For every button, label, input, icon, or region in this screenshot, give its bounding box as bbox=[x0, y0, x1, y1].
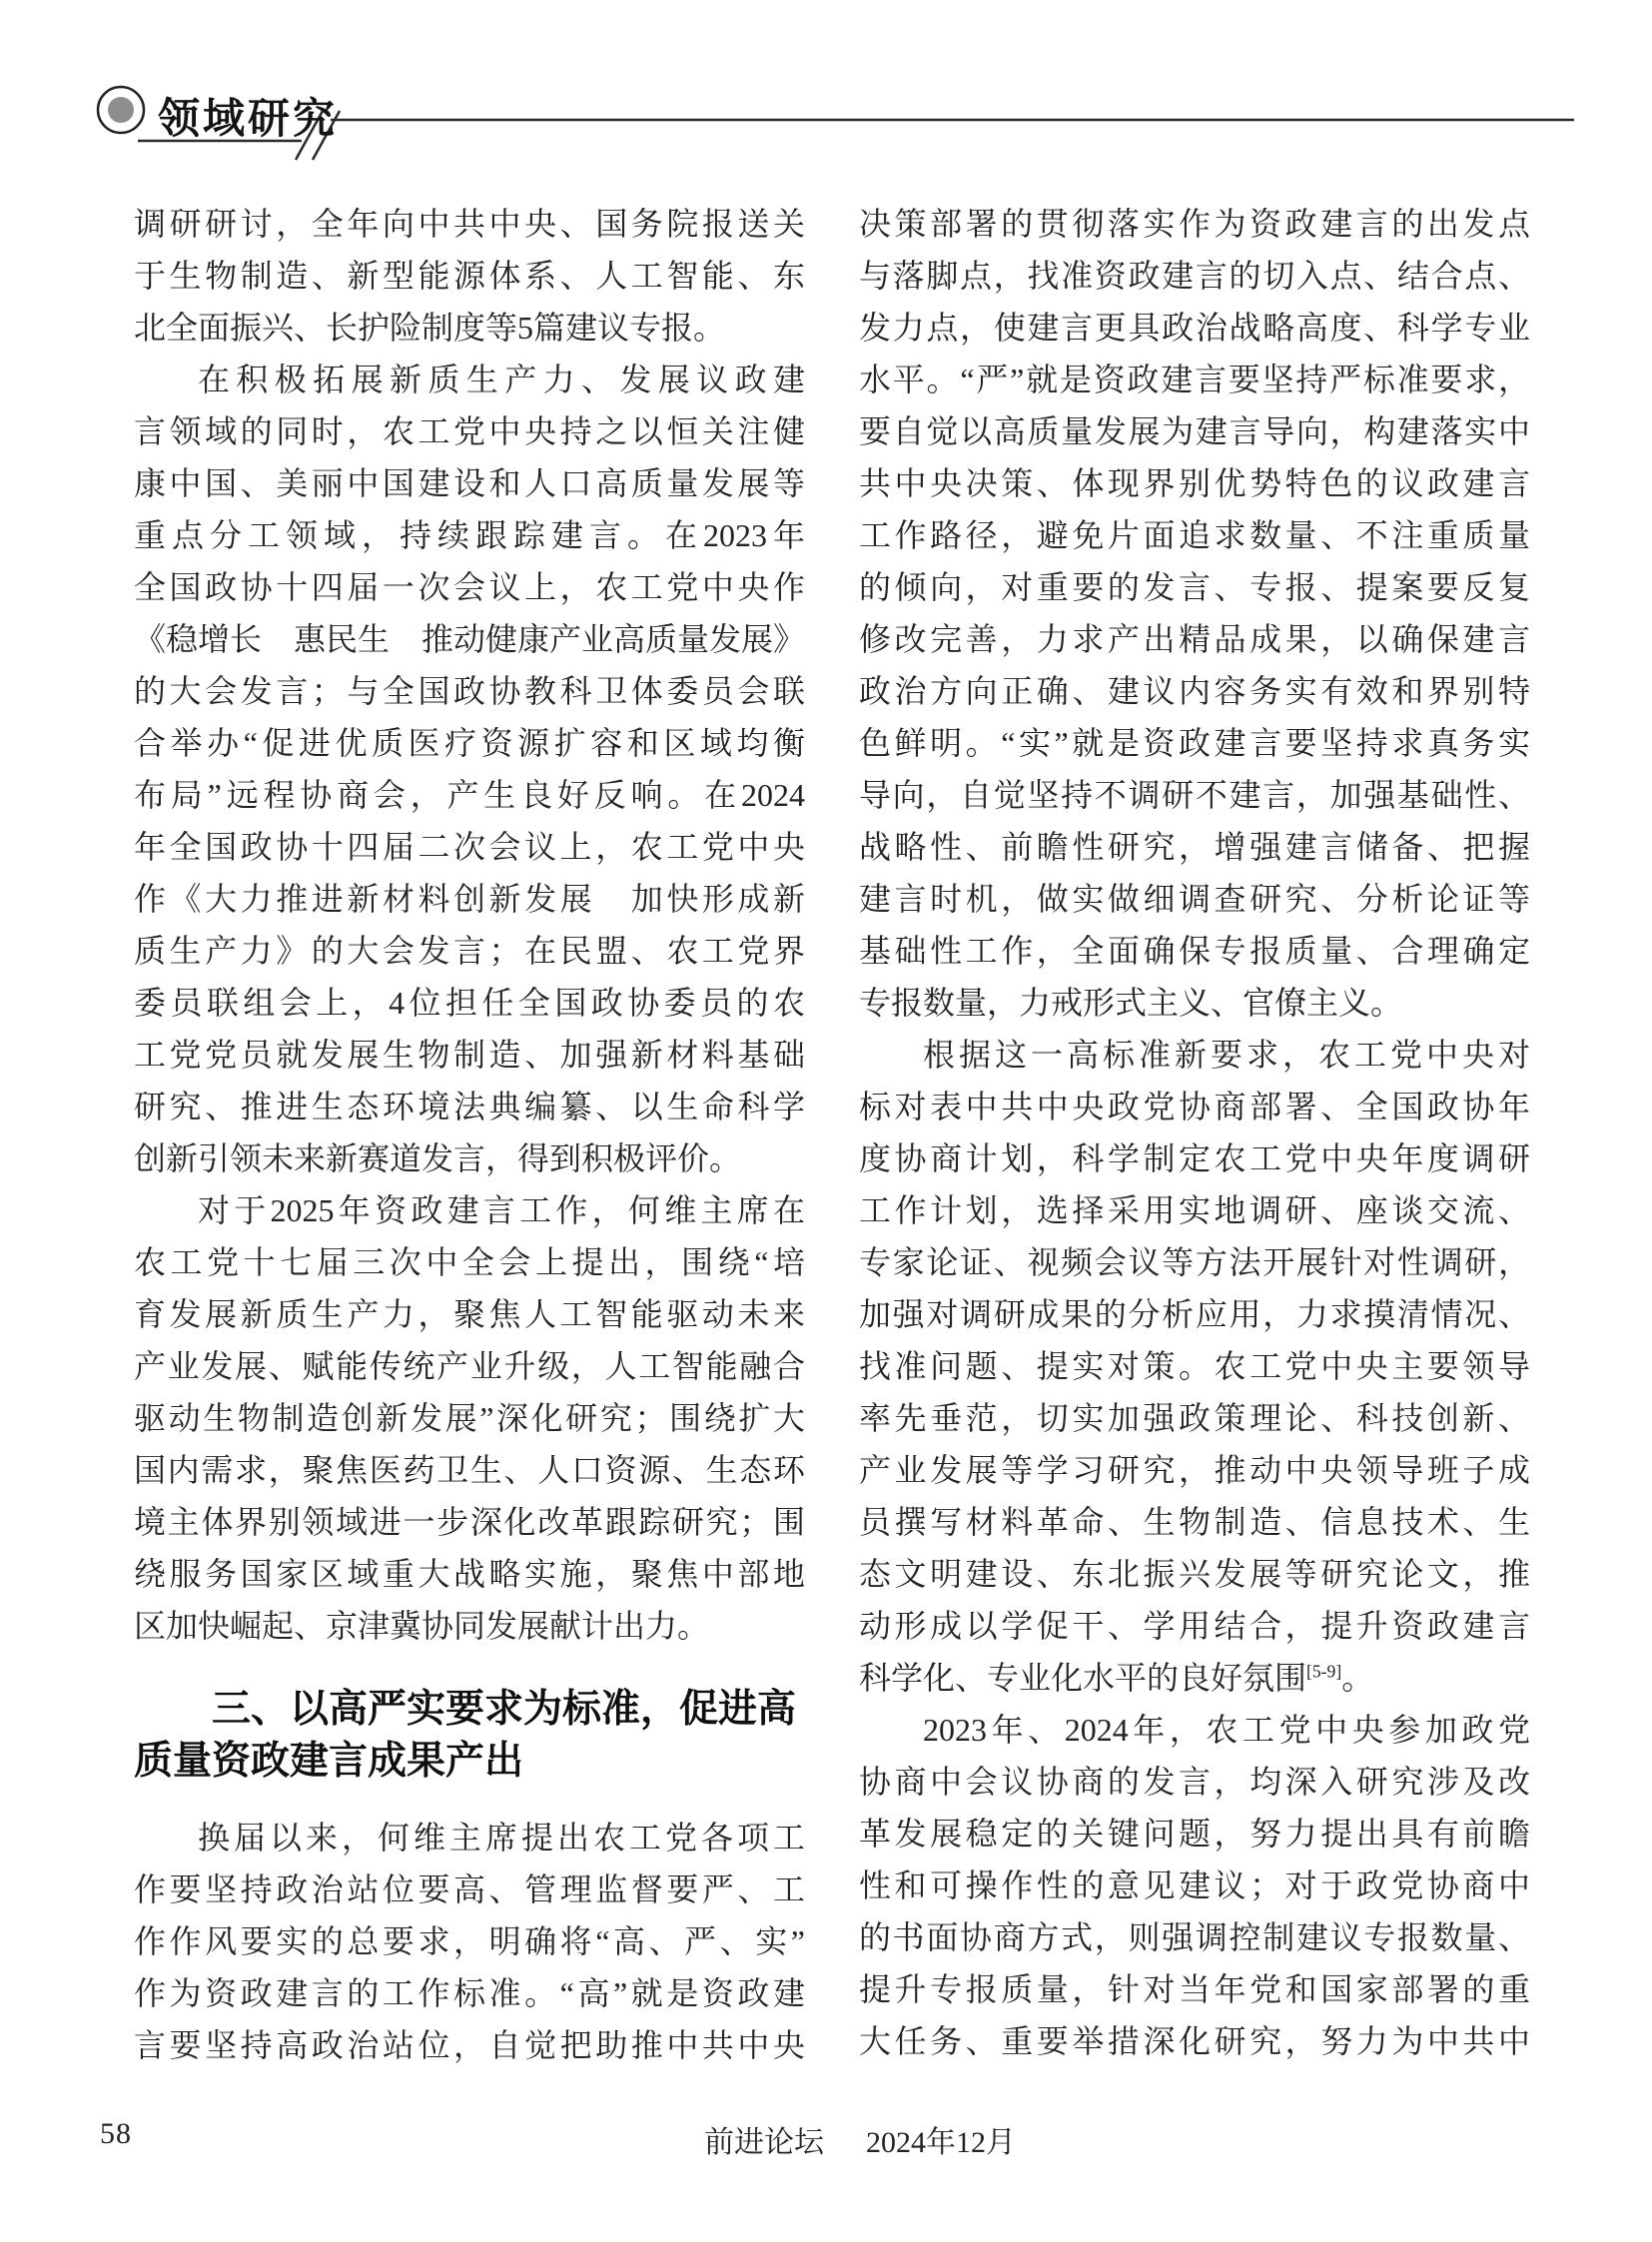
text-line: 年全国政协十四届二次会议上，农工党中央 bbox=[134, 821, 805, 873]
text-line: 根据这一高标准新要求，农工党中央对 bbox=[859, 1029, 1530, 1081]
text-line: 战略性、前瞻性研究，增强建言储备、把握 bbox=[859, 821, 1530, 873]
text-line: 言领域的同时，农工党中央持之以恒关注健 bbox=[134, 405, 805, 457]
text-line: 工作路径，避免片面追求数量、不注重质量 bbox=[859, 509, 1530, 561]
right-column-text: 决策部署的贯彻落实作为资政建言的出发点与落脚点，找准资政建言的切入点、结合点、发… bbox=[859, 198, 1530, 2067]
text-line: 协商中会议协商的发言，均深入研究涉及改 bbox=[859, 1756, 1530, 1808]
text-line: 动形成以学促干、学用结合，提升资政建言 bbox=[859, 1600, 1530, 1652]
text-line: 合举办“促进优质医疗资源扩容和区域均衡 bbox=[134, 717, 805, 769]
section-bullet-icon bbox=[95, 84, 147, 136]
left-column-bottom: 换届以来，何维主席提出农工党各项工作要坚持政治站位要高、管理监督要严、工作作风要… bbox=[134, 1812, 805, 2071]
text-line: 言要坚持高政治站位，自觉把助推中共中央 bbox=[134, 2019, 805, 2071]
text-line: 工党党员就发展生物制造、加强新材料基础 bbox=[134, 1029, 805, 1081]
text-line: 政治方向正确、建议内容务实有效和界别特 bbox=[859, 665, 1530, 717]
text-line: 与落脚点，找准资政建言的切入点、结合点、 bbox=[859, 250, 1530, 302]
text-line: 态文明建设、东北振兴发展等研究论文，推 bbox=[859, 1548, 1530, 1600]
text-line: 育发展新质生产力，聚焦人工智能驱动未来 bbox=[134, 1288, 805, 1340]
text-line: 国内需求，聚焦医药卫生、人口资源、生态环 bbox=[134, 1444, 805, 1496]
journal-name: 前进论坛 bbox=[704, 2126, 824, 2159]
text-line: 北全面振兴、长护险制度等5篇建议专报。 bbox=[134, 302, 805, 354]
text-line: 共中央决策、体现界别优势特色的议政建言 bbox=[859, 457, 1530, 509]
text-line: 驱动生物制造创新发展”深化研究；围绕扩大 bbox=[134, 1392, 805, 1444]
text-line: 基础性工作，全面确保专报质量、合理确定 bbox=[859, 925, 1530, 977]
paragraph: 根据这一高标准新要求，农工党中央对标对表中共中央政党协商部署、全国政协年度协商计… bbox=[859, 1029, 1530, 1704]
citation-superscript: [5-9] bbox=[1306, 1661, 1341, 1681]
text-line: 发力点，使建言更具政治战略高度、科学专业 bbox=[859, 302, 1530, 354]
text-line: 作要坚持政治站位要高、管理监督要严、工 bbox=[134, 1864, 805, 1915]
text-line: 色鲜明。“实”就是资政建言要坚持求真务实 bbox=[859, 717, 1530, 769]
text-line: 作为资政建言的工作标准。“高”就是资政建 bbox=[134, 1967, 805, 2019]
text-line: 水平。“严”就是资政建言要坚持严标准要求， bbox=[859, 354, 1530, 405]
text-line: 2023年、2024年，农工党中央参加政党 bbox=[859, 1704, 1530, 1756]
text-line: 区加快崛起、京津冀协同发展献计出力。 bbox=[134, 1600, 805, 1652]
text-line: 产业发展等学习研究，推动中央领导班子成 bbox=[859, 1444, 1530, 1496]
text-line: 的倾向，对重要的发言、专报、提案要反复 bbox=[859, 561, 1530, 613]
left-column-top: 调研研讨，全年向中共中央、国务院报送关于生物制造、新型能源体系、人工智能、东北全… bbox=[134, 198, 805, 1652]
paragraph: 调研研讨，全年向中共中央、国务院报送关于生物制造、新型能源体系、人工智能、东北全… bbox=[134, 198, 805, 354]
text-line: 员撰写材料革命、生物制造、信息技术、生 bbox=[859, 1496, 1530, 1548]
text-line: 委员联组会上，4位担任全国政协委员的农 bbox=[134, 977, 805, 1029]
text-line: 科学化、专业化水平的良好氛围[5-9]。 bbox=[859, 1652, 1530, 1704]
journal-page: 领域研究 调研研讨，全年向中共中央、国务院报送关于生物制造、新型能源体系、人工智… bbox=[0, 0, 1652, 2242]
text-line: 对于2025年资政建言工作，何维主席在 bbox=[134, 1184, 805, 1236]
paragraph: 决策部署的贯彻落实作为资政建言的出发点与落脚点，找准资政建言的切入点、结合点、发… bbox=[859, 198, 1530, 1029]
text-line: 工作计划，选择采用实地调研、座谈交流、 bbox=[859, 1184, 1530, 1236]
text-line: 导向，自觉坚持不调研不建言，加强基础性、 bbox=[859, 769, 1530, 821]
section-label: 领域研究 bbox=[158, 86, 338, 146]
text-line: 标对表中共中央政党协商部署、全国政协年 bbox=[859, 1081, 1530, 1132]
text-line: 作《大力推进新材料创新发展 加快形成新 bbox=[134, 873, 805, 925]
article-body: 调研研讨，全年向中共中央、国务院报送关于生物制造、新型能源体系、人工智能、东北全… bbox=[134, 198, 1530, 2071]
text-line: 创新引领未来新赛道发言，得到积极评价。 bbox=[134, 1132, 805, 1184]
text-line: 决策部署的贯彻落实作为资政建言的出发点 bbox=[859, 198, 1530, 250]
text-line: 提升专报质量，针对当年党和国家部署的重 bbox=[859, 1963, 1530, 2015]
paragraph: 换届以来，何维主席提出农工党各项工作要坚持政治站位要高、管理监督要严、工作作风要… bbox=[134, 1812, 805, 2071]
text-line: 农工党十七届三次中全会上提出，围绕“培 bbox=[134, 1236, 805, 1288]
text-line: 康中国、美丽中国建设和人口高质量发展等 bbox=[134, 457, 805, 509]
text-line: 全国政协十四届一次会议上，农工党中央作 bbox=[134, 561, 805, 613]
text-line: 要自觉以高质量发展为建言导向，构建落实中 bbox=[859, 405, 1530, 457]
text-line: 调研研讨，全年向中共中央、国务院报送关 bbox=[134, 198, 805, 250]
paragraph: 2023年、2024年，农工党中央参加政党协商中会议协商的发言，均深入研究涉及改… bbox=[859, 1704, 1530, 2067]
text-line: 作作风要实的总要求，明确将“高、严、实” bbox=[134, 1915, 805, 1967]
text-line: 换届以来，何维主席提出农工党各项工 bbox=[134, 1812, 805, 1864]
text-line: 革发展稳定的关键问题，努力提出具有前瞻 bbox=[859, 1808, 1530, 1860]
paragraph: 对于2025年资政建言工作，何维主席在农工党十七届三次中全会上提出，围绕“培育发… bbox=[134, 1184, 805, 1652]
text-line: 绕服务国家区域重大战略实施，聚焦中部地 bbox=[134, 1548, 805, 1600]
text-line: 专报数量，力戒形式主义、官僚主义。 bbox=[859, 977, 1530, 1029]
text-line: 研究、推进生态环境法典编纂、以生命科学 bbox=[134, 1081, 805, 1132]
left-column: 调研研讨，全年向中共中央、国务院报送关于生物制造、新型能源体系、人工智能、东北全… bbox=[134, 198, 805, 2071]
text-line: 《稳增长 惠民生 推动健康产业高质量发展》 bbox=[134, 613, 805, 665]
text-line: 于生物制造、新型能源体系、人工智能、东 bbox=[134, 250, 805, 302]
text-line: 重点分工领域，持续跟踪建言。在2023年 bbox=[134, 509, 805, 561]
section-heading: 三、以高严实要求为标准，促进高质量资政建言成果产出 bbox=[134, 1684, 805, 1788]
text-line: 在积极拓展新质生产力、发展议政建 bbox=[134, 354, 805, 405]
text-line: 大任务、重要举措深化研究，努力为中共中 bbox=[859, 2015, 1530, 2067]
text-line: 产业发展、赋能传统产业升级，人工智能融合 bbox=[134, 1340, 805, 1392]
text-line: 度协商计划，科学制定农工党中央年度调研 bbox=[859, 1132, 1530, 1184]
text-line: 加强对调研成果的分析应用，力求摸清情况、 bbox=[859, 1288, 1530, 1340]
footer-journal-line: 前进论坛2024年12月 bbox=[34, 2117, 1652, 2161]
text-line: 专家论证、视频会议等方法开展针对性调研， bbox=[859, 1236, 1530, 1288]
text-line: 质生产力》的大会发言；在民盟、农工党界 bbox=[134, 925, 805, 977]
text-line: 境主体界别领域进一步深化改革跟踪研究；围 bbox=[134, 1496, 805, 1548]
text-line: 修改完善，力求产出精品成果，以确保建言 bbox=[859, 613, 1530, 665]
paragraph: 在积极拓展新质生产力、发展议政建言领域的同时，农工党中央持之以恒关注健康中国、美… bbox=[134, 354, 805, 1184]
text-line: 的书面协商方式，则强调控制建议专报数量、 bbox=[859, 1911, 1530, 1963]
journal-issue: 2024年12月 bbox=[866, 2126, 1016, 2159]
text-line: 性和可操作性的意见建议；对于政党协商中 bbox=[859, 1860, 1530, 1911]
text-line: 率先垂范，切实加强政策理论、科技创新、 bbox=[859, 1392, 1530, 1444]
text-line: 的大会发言；与全国政协教科卫体委员会联 bbox=[134, 665, 805, 717]
text-line: 找准问题、提实对策。农工党中央主要领导 bbox=[859, 1340, 1530, 1392]
text-line: 布局”远程协商会，产生良好反响。在2024 bbox=[134, 769, 805, 821]
text-line: 建言时机，做实做细调查研究、分析论证等 bbox=[859, 873, 1530, 925]
right-column: 决策部署的贯彻落实作为资政建言的出发点与落脚点，找准资政建言的切入点、结合点、发… bbox=[859, 198, 1530, 2071]
